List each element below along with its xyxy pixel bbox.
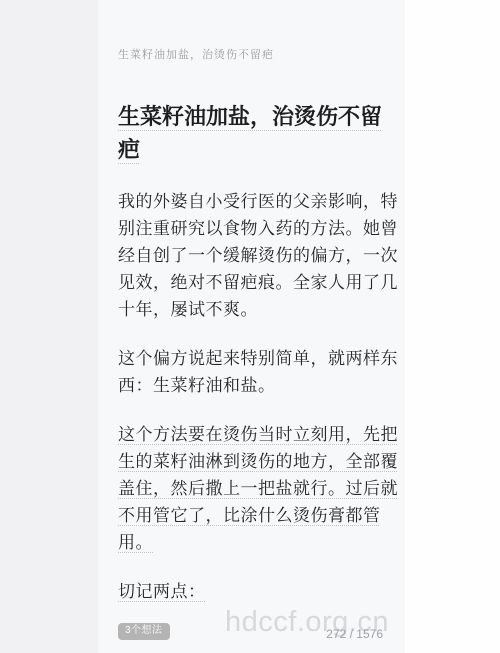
- body-paragraph-3-highlighted: 这个方法要在烫伤当时立刻用，先把 生的菜籽油淋到烫伤的地方，全部覆 盖住，然后撒…: [118, 421, 385, 556]
- running-header: 生菜籽油加盐，治烫伤不留疤: [118, 48, 385, 62]
- thoughts-count-badge[interactable]: 3个想法: [118, 623, 170, 640]
- body-paragraph-2: 这个偏方说起来特别简单，就两样东 西：生菜籽油和盐。: [118, 345, 385, 399]
- page-left-margin: [0, 0, 98, 653]
- body-paragraph-1: 我的外婆自小受行医的父亲影响，特 别注重研究以食物入药的方法。她曾 经自创了一个…: [118, 188, 385, 323]
- page-right-margin: [405, 0, 500, 653]
- body-paragraph-4-highlighted: 切记两点：: [118, 578, 385, 605]
- reader-page: 生菜籽油加盐，治烫伤不留疤 生菜籽油加盐，治烫伤不留 疤 我的外婆自小受行医的父…: [98, 0, 405, 653]
- page-indicator: 272 / 1576: [326, 627, 383, 641]
- chapter-title: 生菜籽油加盐，治烫伤不留 疤: [118, 100, 385, 166]
